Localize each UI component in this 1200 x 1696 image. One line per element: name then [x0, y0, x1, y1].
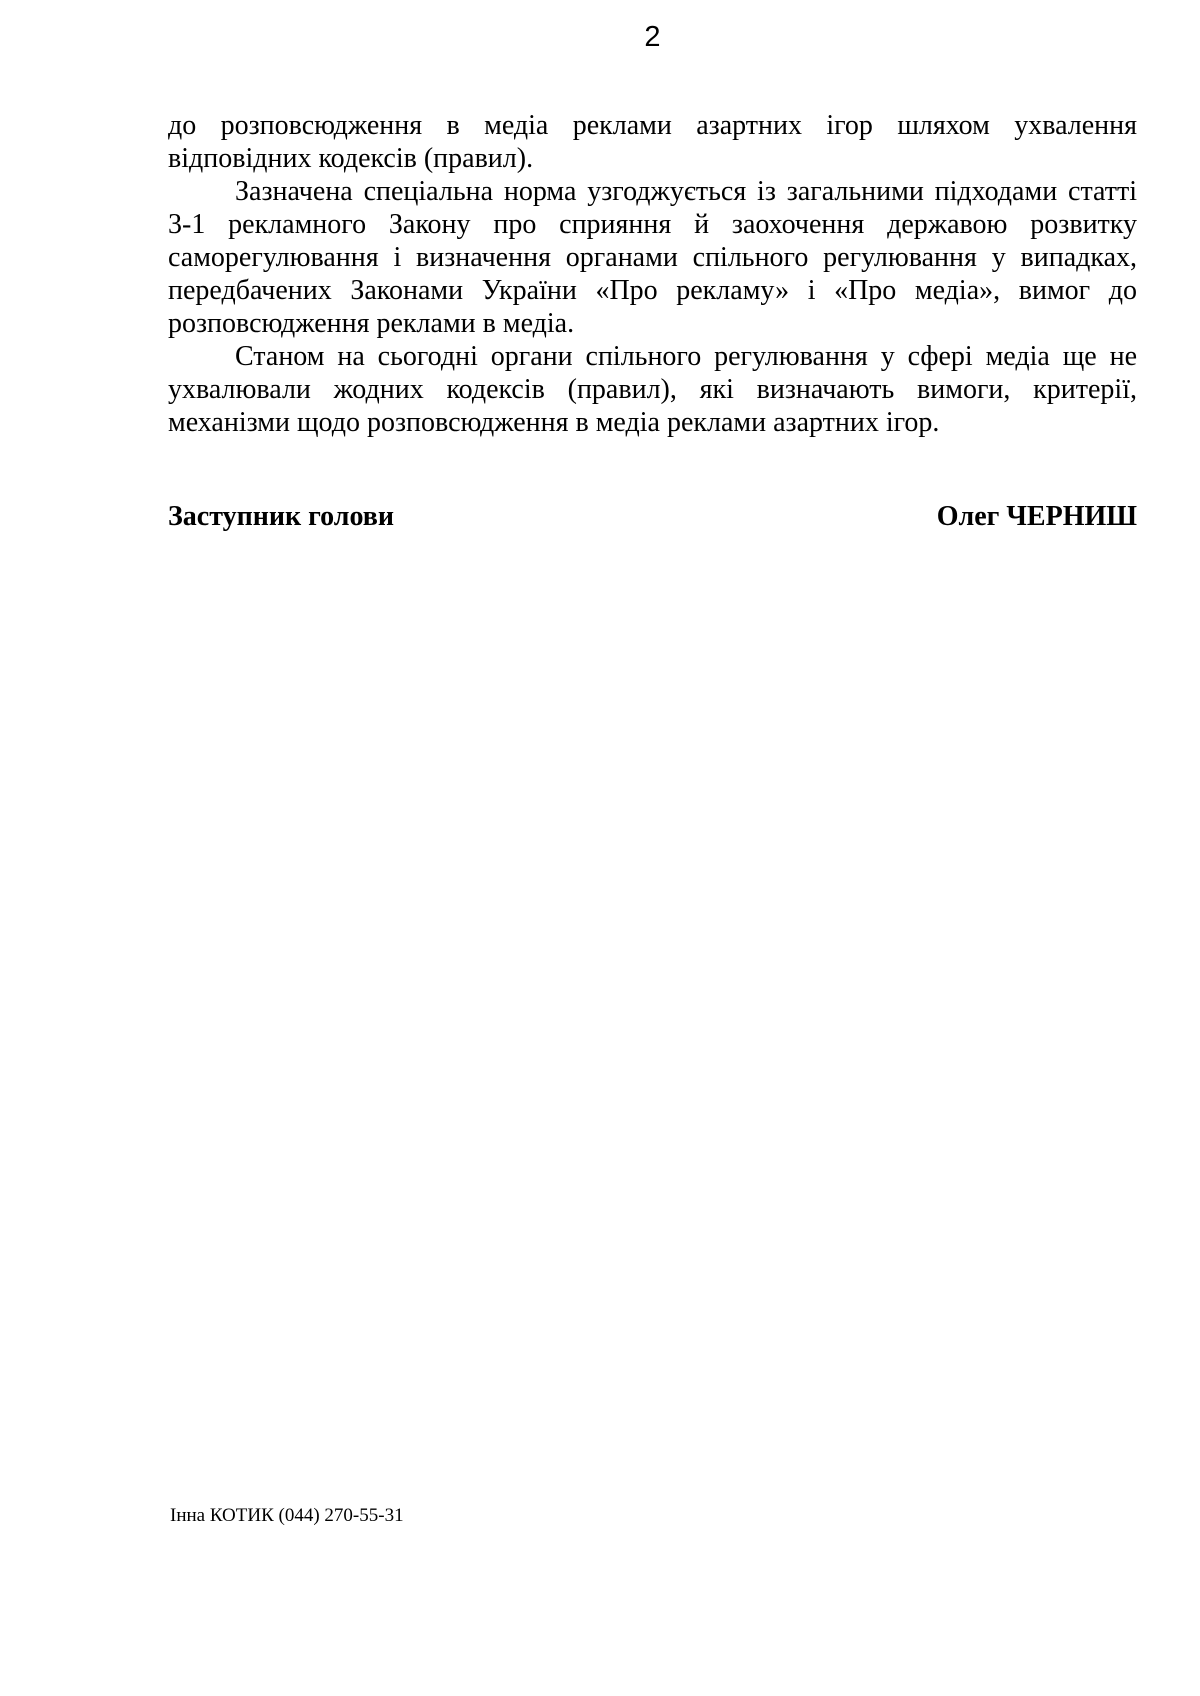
signature-block: Заступник голови Олег ЧЕРНИШ: [168, 500, 1137, 533]
document-body: до розповсюдження в медіа реклами азартн…: [168, 109, 1137, 439]
body-paragraph: до розповсюдження в медіа реклами азартн…: [168, 109, 1137, 175]
body-paragraph: Станом на сьогодні органи спільного регу…: [168, 340, 1137, 439]
body-paragraph: Зазначена спеціальна норма узгоджується …: [168, 175, 1137, 340]
signature-name: Олег ЧЕРНИШ: [937, 500, 1137, 533]
footer-contact: Інна КОТИК (044) 270-55-31: [170, 1504, 404, 1528]
page-number: 2: [168, 20, 1137, 54]
signature-title: Заступник голови: [168, 500, 394, 533]
document-page: 2 до розповсюдження в медіа реклами азар…: [0, 0, 1200, 1696]
